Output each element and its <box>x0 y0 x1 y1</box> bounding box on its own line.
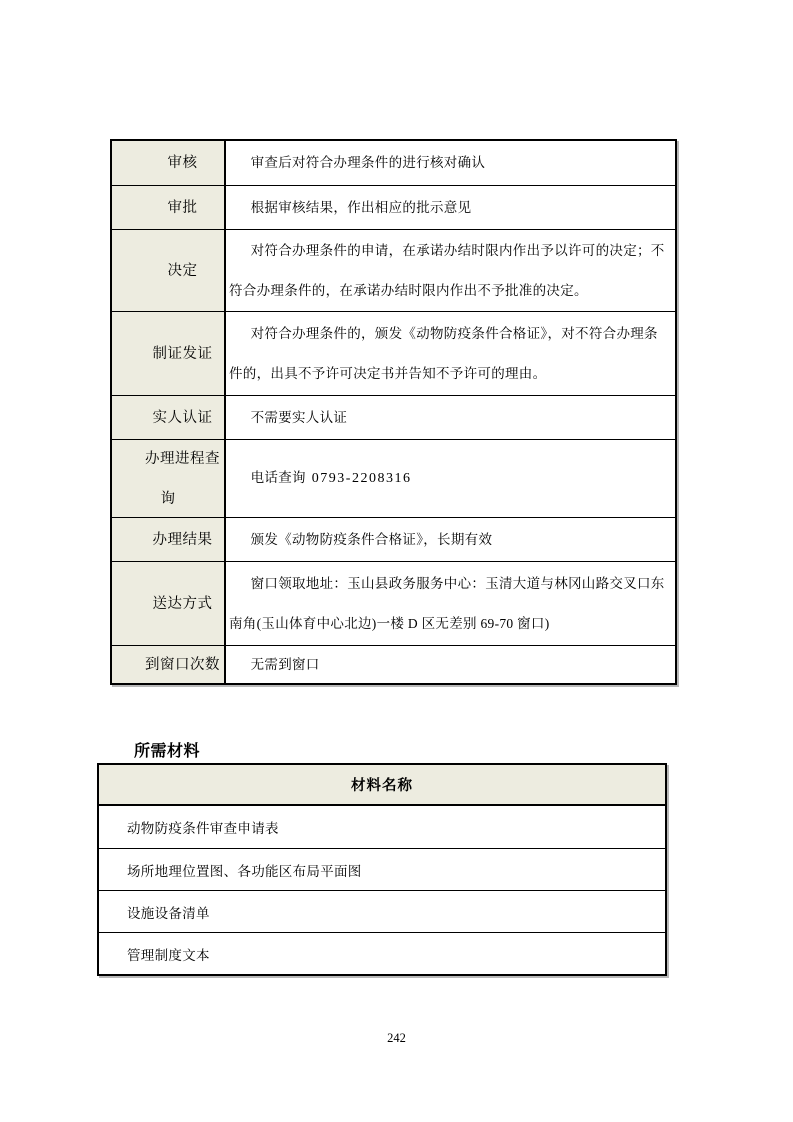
row-label: 实人认证 <box>112 398 224 438</box>
row-label: 审核 <box>112 143 224 183</box>
row-label-cell: 审核 <box>112 141 226 185</box>
row-label-cell: 到窗口次数 <box>112 646 226 683</box>
row-content-cell: 无需到窗口 <box>226 646 675 683</box>
row-label: 到窗口次数 <box>112 645 224 685</box>
table-row: 送达方式 窗口领取地址：玉山县政务服务中心：玉清大道与林冈山路交叉口东南角(玉山… <box>112 561 675 645</box>
table-row: 实人认证 不需要实人认证 <box>112 395 675 439</box>
row-content-cell: 对符合办理条件的申请，在承诺办结时限内作出予以许可的决定；不符合办理条件的，在承… <box>226 230 675 311</box>
row-content: 审查后对符合办理条件的进行核对确认 <box>226 143 675 183</box>
materials-table-header: 材料名称 <box>99 765 665 806</box>
materials-table: 材料名称 动物防疫条件审查申请表 场所地理位置图、各功能区布局平面图 设施设备清… <box>97 763 667 976</box>
row-content-cell: 对符合办理条件的，颁发《动物防疫条件合格证》，对不符合办理条件的，出具不予许可决… <box>226 312 675 395</box>
row-content: 电话查询0793-2208316 <box>226 458 675 499</box>
row-content: 对符合办理条件的申请，在承诺办结时限内作出予以许可的决定；不符合办理条件的，在承… <box>226 231 675 311</box>
material-name: 设施设备清单 <box>127 902 210 922</box>
page-number: 242 <box>0 1031 793 1046</box>
row-label: 办理结果 <box>112 520 224 560</box>
material-name: 管理制度文本 <box>127 944 210 964</box>
table-row: 办理结果 颁发《动物防疫条件合格证》，长期有效 <box>112 517 675 561</box>
materials-section-heading: 所需材料 <box>134 738 200 761</box>
row-label-cell: 制证发证 <box>112 312 226 395</box>
table-row: 审核 审查后对符合办理条件的进行核对确认 <box>112 141 675 185</box>
table-row: 制证发证 对符合办理条件的，颁发《动物防疫条件合格证》，对不符合办理条件的，出具… <box>112 311 675 395</box>
table-row: 到窗口次数 无需到窗口 <box>112 645 675 683</box>
table-row: 设施设备清单 <box>99 890 665 932</box>
row-label: 制证发证 <box>112 334 224 374</box>
phone-query-text: 电话查询 <box>251 470 306 485</box>
row-label-cell: 决定 <box>112 230 226 311</box>
row-label-cell: 审批 <box>112 186 226 229</box>
row-label-cell: 送达方式 <box>112 562 226 645</box>
row-content: 根据审核结果，作出相应的批示意见 <box>226 188 675 228</box>
table-row: 决定 对符合办理条件的申请，在承诺办结时限内作出予以许可的决定；不符合办理条件的… <box>112 229 675 311</box>
row-content: 不需要实人认证 <box>226 398 675 438</box>
row-label-cell: 实人认证 <box>112 396 226 439</box>
row-content-cell: 颁发《动物防疫条件合格证》，长期有效 <box>226 518 675 561</box>
table-row: 审批 根据审核结果，作出相应的批示意见 <box>112 185 675 229</box>
material-name: 场所地理位置图、各功能区布局平面图 <box>127 860 362 880</box>
document-page: 审核 审查后对符合办理条件的进行核对确认 审批 根据审核结果，作出相应的批示意见… <box>0 0 793 1122</box>
table-row: 管理制度文本 <box>99 932 665 974</box>
row-content-cell: 电话查询0793-2208316 <box>226 440 675 517</box>
row-content: 窗口领取地址：玉山县政务服务中心：玉清大道与林冈山路交叉口东南角(玉山体育中心北… <box>226 564 675 644</box>
row-label-cell: 办理进程查询 <box>112 440 226 517</box>
row-label: 办理进程查询 <box>112 439 224 519</box>
table-row: 场所地理位置图、各功能区布局平面图 <box>99 848 665 890</box>
table-row: 办理进程查询 电话查询0793-2208316 <box>112 439 675 517</box>
process-steps-table: 审核 审查后对符合办理条件的进行核对确认 审批 根据审核结果，作出相应的批示意见… <box>110 139 677 685</box>
row-content-cell: 窗口领取地址：玉山县政务服务中心：玉清大道与林冈山路交叉口东南角(玉山体育中心北… <box>226 562 675 645</box>
table-row: 动物防疫条件审查申请表 <box>99 806 665 848</box>
row-label-cell: 办理结果 <box>112 518 226 561</box>
row-content-cell: 不需要实人认证 <box>226 396 675 439</box>
row-content: 颁发《动物防疫条件合格证》，长期有效 <box>226 520 675 560</box>
row-label: 送达方式 <box>112 584 224 624</box>
material-name: 动物防疫条件审查申请表 <box>127 817 279 837</box>
row-content: 无需到窗口 <box>226 645 675 685</box>
row-label: 审批 <box>112 188 224 228</box>
row-content: 对符合办理条件的，颁发《动物防疫条件合格证》，对不符合办理条件的，出具不予许可决… <box>226 314 675 394</box>
row-content-cell: 审查后对符合办理条件的进行核对确认 <box>226 141 675 185</box>
row-content-cell: 根据审核结果，作出相应的批示意见 <box>226 186 675 229</box>
phone-number: 0793-2208316 <box>312 471 412 486</box>
row-label: 决定 <box>112 251 224 291</box>
